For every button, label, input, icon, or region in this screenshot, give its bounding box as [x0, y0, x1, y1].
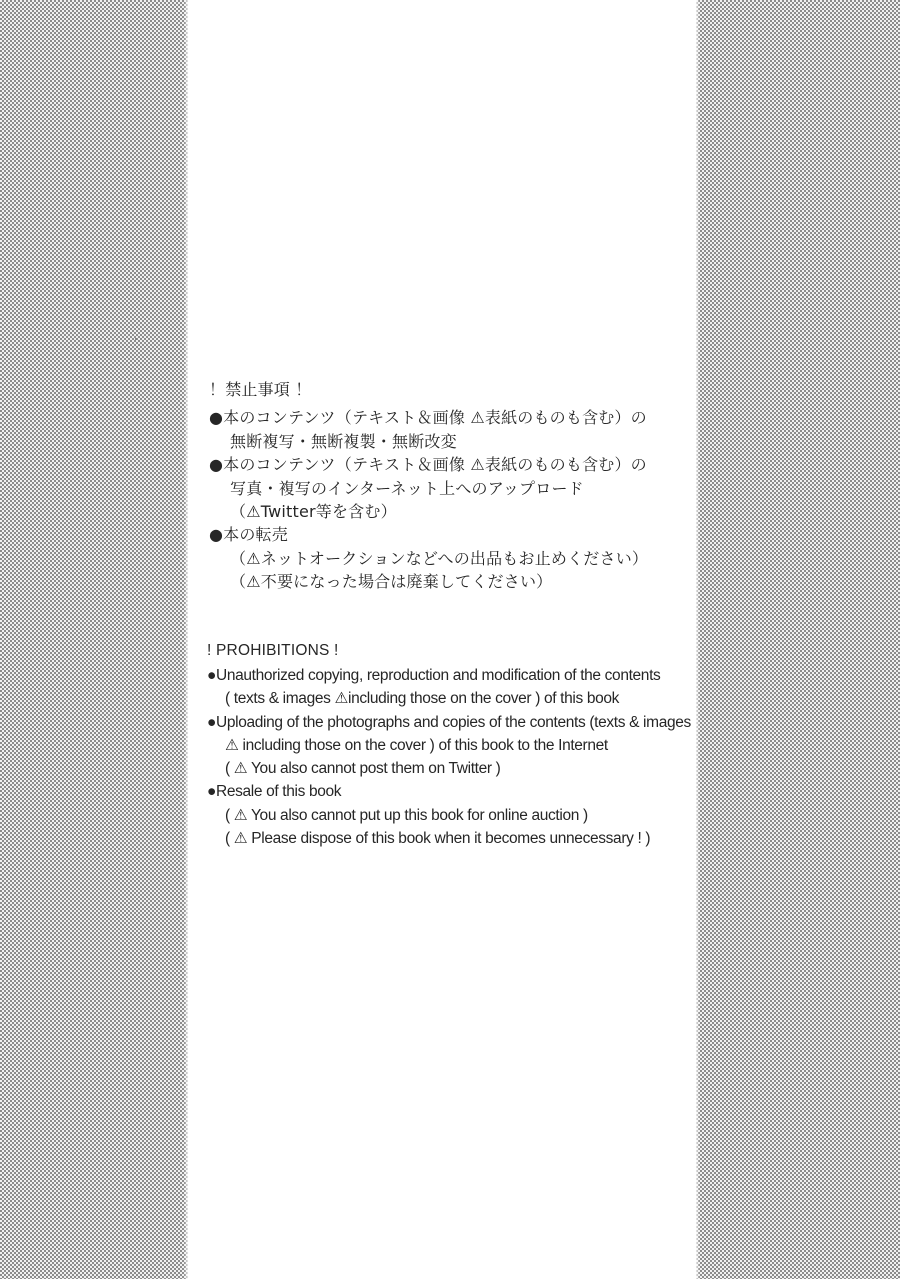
japanese-prohibition-line: ●本のコンテンツ（テキスト＆画像 ⚠表紙のものも含む）の [209, 453, 696, 476]
english-prohibition-line: ⚠ including those on the cover ) of this… [207, 734, 696, 757]
english-section-heading: ! PROHIBITIONS ! [207, 639, 696, 662]
scan-speck [135, 338, 137, 340]
english-prohibition-line: ( ⚠ You also cannot put up this book for… [207, 804, 696, 827]
japanese-section-heading: ！禁止事項 ！ [209, 378, 696, 401]
japanese-prohibition-line: ●本のコンテンツ（テキスト＆画像 ⚠表紙のものも含む）の [209, 406, 696, 429]
japanese-prohibition-line: （⚠不要になった場合は廃棄してください） [209, 570, 696, 593]
english-prohibition-line: ( texts & images ⚠including those on the… [207, 687, 696, 710]
english-prohibitions-section: ! PROHIBITIONS ! ●Unauthorized copying, … [207, 639, 696, 851]
english-prohibition-line: ( ⚠ You also cannot post them on Twitter… [207, 757, 696, 780]
paper-area: ！禁止事項 ！ ●本のコンテンツ（テキスト＆画像 ⚠表紙のものも含む）の 無断複… [188, 0, 696, 1279]
english-prohibition-line: ●Uploading of the photographs and copies… [207, 711, 696, 734]
english-prohibition-line: ( ⚠ Please dispose of this book when it … [207, 827, 696, 850]
right-margin-halftone-stripe [696, 0, 900, 1279]
japanese-prohibitions-section: ！禁止事項 ！ ●本のコンテンツ（テキスト＆画像 ⚠表紙のものも含む）の 無断複… [209, 378, 696, 594]
english-prohibition-line: ●Unauthorized copying, reproduction and … [207, 664, 696, 687]
japanese-prohibition-line: （⚠Twitter等を含む） [209, 500, 696, 523]
scanned-book-page: ！禁止事項 ！ ●本のコンテンツ（テキスト＆画像 ⚠表紙のものも含む）の 無断複… [0, 0, 900, 1279]
japanese-prohibition-line: 無断複写・無断複製・無断改変 [209, 430, 696, 453]
left-margin-halftone-stripe [0, 0, 188, 1279]
japanese-prohibition-line: （⚠ネットオークションなどへの出品もお止めください） [209, 547, 696, 570]
english-prohibition-line: ●Resale of this book [207, 780, 696, 803]
japanese-prohibition-line: 写真・複写のインターネット上へのアップロード [209, 477, 696, 500]
japanese-prohibition-line: ●本の転売 [209, 523, 696, 546]
